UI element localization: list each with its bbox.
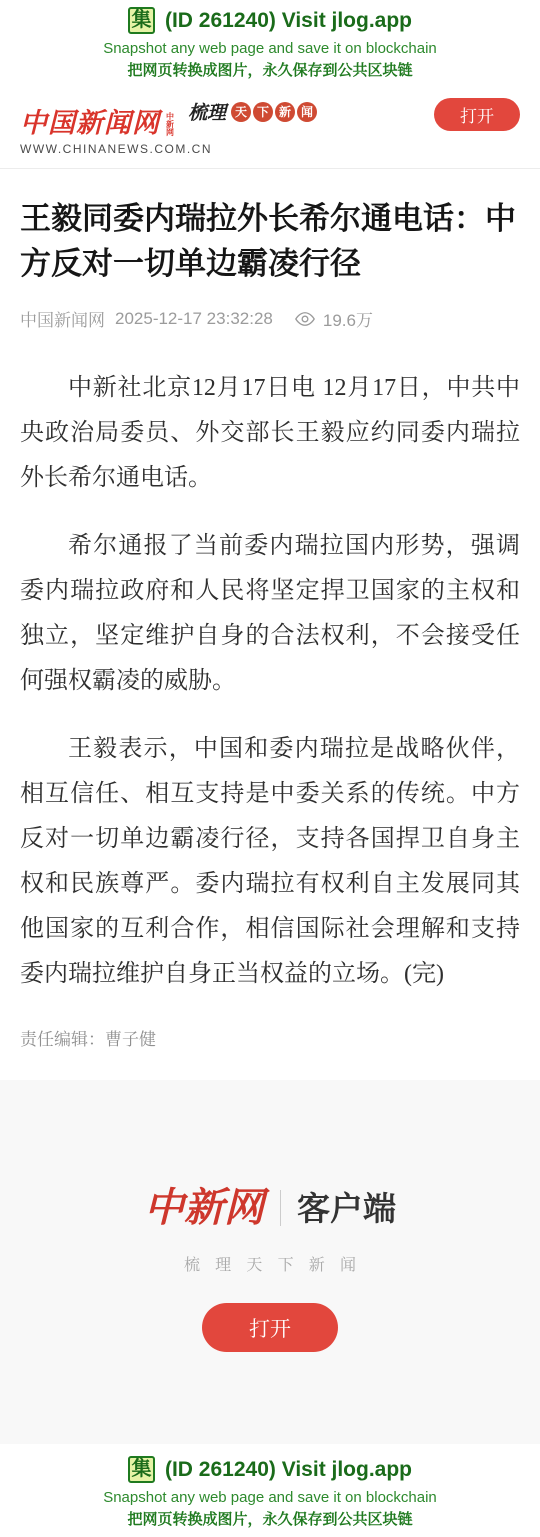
site-slogan: 梳理 天 下 新 闻 bbox=[188, 98, 317, 125]
logo-divider bbox=[280, 1190, 281, 1226]
article-paragraph: 希尔通报了当前委内瑞拉国内形势，强调委内瑞拉政府和人民将坚定捍卫国家的主权和独立… bbox=[20, 524, 520, 704]
app-brand-text: 中新网 bbox=[144, 1188, 264, 1228]
view-count-value: 19.6万 bbox=[323, 306, 373, 331]
view-count: 19.6万 bbox=[295, 306, 373, 331]
app-logo: 中新网 客户端 bbox=[144, 1188, 396, 1228]
snapshot-banner-bottom: 集 (ID 261240) Visit jlog.app Snapshot an… bbox=[0, 1444, 540, 1537]
logo-side-char: 网 bbox=[166, 129, 174, 137]
site-logo[interactable]: 中国新闻网 中 新 网 梳理 天 下 新 闻 WWW.CHINANEWS.COM… bbox=[20, 98, 317, 156]
snapshot-banner-id-row[interactable]: 集 (ID 261240) Visit jlog.app bbox=[0, 7, 540, 34]
article-paragraph: 中新社北京12月17日电 12月17日，中共中央政治局委员、外交部长王毅应约同委… bbox=[20, 366, 520, 501]
snapshot-banner-subtitle-zh: 把网页转换成图片，永久保存到公共区块链 bbox=[0, 59, 540, 80]
snapshot-banner-subtitle-zh: 把网页转换成图片，永久保存到公共区块链 bbox=[0, 1508, 540, 1529]
slogan-stamp: 新 bbox=[275, 102, 295, 122]
promo-open-app-button[interactable]: 打开 bbox=[202, 1303, 338, 1352]
article: 王毅同委内瑞拉外长希尔通电话：中方反对一切单边霸凌行径 中国新闻网 2025-1… bbox=[0, 196, 540, 1050]
article-source: 中国新闻网 bbox=[20, 306, 105, 331]
jlog-badge-icon: 集 bbox=[128, 7, 155, 34]
article-datetime: 2025-12-17 23:32:28 bbox=[115, 309, 273, 329]
snapshot-banner-subtitle-en: Snapshot any web page and save it on blo… bbox=[0, 1489, 540, 1506]
site-domain-text: WWW.CHINANEWS.COM.CN bbox=[20, 142, 317, 156]
snapshot-banner-top: 集 (ID 261240) Visit jlog.app Snapshot an… bbox=[0, 0, 540, 88]
snapshot-banner-id-row[interactable]: 集 (ID 261240) Visit jlog.app bbox=[0, 1456, 540, 1483]
jlog-badge-icon: 集 bbox=[128, 1456, 155, 1483]
slogan-stamp: 天 bbox=[231, 102, 251, 122]
site-logo-side-text: 中 新 网 bbox=[166, 113, 174, 137]
site-logo-text: 中国新闻网 bbox=[20, 110, 160, 137]
article-paragraph: 王毅表示，中国和委内瑞拉是战略伙伴，相互信任、相互支持是中委关系的传统。中方反对… bbox=[20, 727, 520, 997]
header-open-app-button[interactable]: 打开 bbox=[434, 98, 520, 131]
eye-icon bbox=[295, 311, 315, 327]
editor-credit: 责任编辑：曹子健 bbox=[20, 1025, 520, 1050]
slogan-prefix-text: 梳理 bbox=[188, 98, 226, 125]
article-title: 王毅同委内瑞拉外长希尔通电话：中方反对一切单边霸凌行径 bbox=[20, 196, 520, 286]
app-client-label: 客户端 bbox=[297, 1192, 396, 1225]
jlog-id-link[interactable]: (ID 261240) Visit jlog.app bbox=[165, 1458, 412, 1482]
app-promo-card: 中新网 客户端 梳理天下新闻 打开 bbox=[0, 1080, 540, 1444]
slogan-stamp: 闻 bbox=[297, 102, 317, 122]
app-slogan-text: 梳理天下新闻 bbox=[0, 1252, 540, 1275]
site-header: 中国新闻网 中 新 网 梳理 天 下 新 闻 WWW.CHINANEWS.COM… bbox=[0, 88, 540, 169]
article-meta: 中国新闻网 2025-12-17 23:32:28 19.6万 bbox=[20, 306, 520, 331]
slogan-stamp: 下 bbox=[253, 102, 273, 122]
article-body: 中新社北京12月17日电 12月17日，中共中央政治局委员、外交部长王毅应约同委… bbox=[20, 366, 520, 997]
jlog-id-link[interactable]: (ID 261240) Visit jlog.app bbox=[165, 9, 412, 33]
snapshot-banner-subtitle-en: Snapshot any web page and save it on blo… bbox=[0, 40, 540, 57]
